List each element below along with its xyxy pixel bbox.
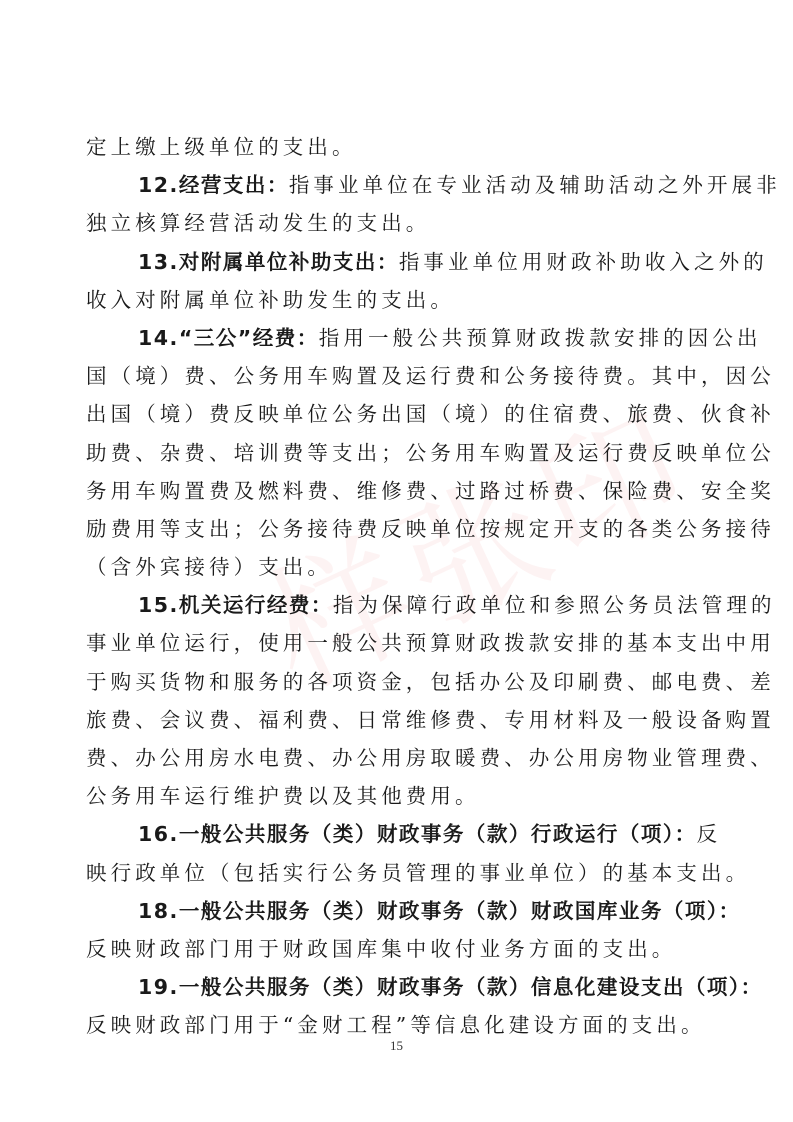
line-text: 反 xyxy=(697,822,722,846)
text-line: 励费用等支出；公务接待费反映单位按规定开支的各类公务接待 xyxy=(86,510,706,548)
text-line: 公务用车运行维护费以及其他费用。 xyxy=(86,777,706,815)
term-label: 12.经营支出： xyxy=(138,173,289,197)
line-text: （含外宾接待）支出。 xyxy=(86,555,332,579)
line-text: 国（境）费、公务用车购置及运行费和公务接待费。其中，因公 xyxy=(86,364,775,388)
line-text: 映行政单位（包括实行公务员管理的事业单位）的基本支出。 xyxy=(86,861,750,885)
text-line: 费、办公用房水电费、办公用房取暖费、办公用房物业管理费、 xyxy=(86,739,706,777)
definition-12: 12.经营支出：指事业单位在专业活动及辅助活动之外开展非 xyxy=(86,166,706,204)
term-label: 15.机关运行经费： xyxy=(138,593,333,617)
text-line: 国（境）费、公务用车购置及运行费和公务接待费。其中，因公 xyxy=(86,357,706,395)
term-label: 18.一般公共服务（类）财政事务（款）财政国库业务（项）： xyxy=(138,899,741,923)
term-label: 14.“三公”经费： xyxy=(138,326,319,350)
line-text: 指事业单位在专业活动及辅助活动之外开展非 xyxy=(289,173,781,197)
document-body: 定上缴上级单位的支出。 12.经营支出：指事业单位在专业活动及辅助活动之外开展非… xyxy=(86,128,706,1045)
line-text: 事业单位运行，使用一般公共预算财政拨款安排的基本支出中用 xyxy=(86,631,775,655)
line-text: 公务用车运行维护费以及其他费用。 xyxy=(86,784,480,808)
line-text: 独立核算经营活动发生的支出。 xyxy=(86,211,430,235)
document-page: 样张印 定上缴上级单位的支出。 12.经营支出：指事业单位在专业活动及辅助活动之… xyxy=(0,0,793,1122)
term-label: 16.一般公共服务（类）财政事务（款）行政运行（项）： xyxy=(138,822,697,846)
line-text: 务用车购置费及燃料费、维修费、过路过桥费、保险费、安全奖 xyxy=(86,479,775,503)
line-text: 励费用等支出；公务接待费反映单位按规定开支的各类公务接待 xyxy=(86,517,775,541)
line-text: 于购买货物和服务的各项资金，包括办公及印刷费、邮电费、差 xyxy=(86,670,775,694)
line-text: 出国（境）费反映单位公务出国（境）的住宿费、旅费、伙食补 xyxy=(86,402,775,426)
definition-18: 18.一般公共服务（类）财政事务（款）财政国库业务（项）： xyxy=(86,892,706,930)
text-line: 务用车购置费及燃料费、维修费、过路过桥费、保险费、安全奖 xyxy=(86,472,706,510)
line-text: 反映财政部门用于“金财工程”等信息化建设方面的支出。 xyxy=(86,1013,706,1037)
line-text: 定上缴上级单位的支出。 xyxy=(86,135,357,159)
text-line: 助费、杂费、培训费等支出；公务用车购置及运行费反映单位公 xyxy=(86,434,706,472)
line-text: 费、办公用房水电费、办公用房取暖费、办公用房物业管理费、 xyxy=(86,746,775,770)
line-text: 指事业单位用财政补助收入之外的 xyxy=(399,250,768,274)
term-label: 13.对附属单位补助支出： xyxy=(138,250,399,274)
line-text: 助费、杂费、培训费等支出；公务用车购置及运行费反映单位公 xyxy=(86,441,775,465)
text-line: 收入对附属单位补助发生的支出。 xyxy=(86,281,706,319)
text-line: 映行政单位（包括实行公务员管理的事业单位）的基本支出。 xyxy=(86,854,706,892)
line-text: 旅费、会议费、福利费、日常维修费、专用材料及一般设备购置 xyxy=(86,708,775,732)
line-text: 指用一般公共预算财政拨款安排的因公出 xyxy=(319,326,762,350)
definition-15: 15.机关运行经费：指为保障行政单位和参照公务员法管理的 xyxy=(86,586,706,624)
definition-16: 16.一般公共服务（类）财政事务（款）行政运行（项）：反 xyxy=(86,815,706,853)
text-line: 旅费、会议费、福利费、日常维修费、专用材料及一般设备购置 xyxy=(86,701,706,739)
text-line: 独立核算经营活动发生的支出。 xyxy=(86,204,706,242)
text-line: 反映财政部门用于财政国库集中收付业务方面的支出。 xyxy=(86,930,706,968)
term-label: 19.一般公共服务（类）财政事务（款）信息化建设支出（项）： xyxy=(138,975,763,999)
line-text: 指为保障行政单位和参照公务员法管理的 xyxy=(333,593,776,617)
text-line: 事业单位运行，使用一般公共预算财政拨款安排的基本支出中用 xyxy=(86,624,706,662)
line-text: 收入对附属单位补助发生的支出。 xyxy=(86,288,455,312)
page-number: 15 xyxy=(0,1038,793,1054)
definition-19: 19.一般公共服务（类）财政事务（款）信息化建设支出（项）： xyxy=(86,968,706,1006)
text-line: 出国（境）费反映单位公务出国（境）的住宿费、旅费、伙食补 xyxy=(86,395,706,433)
text-line: 定上缴上级单位的支出。 xyxy=(86,128,706,166)
text-line: 于购买货物和服务的各项资金，包括办公及印刷费、邮电费、差 xyxy=(86,663,706,701)
line-text: 反映财政部门用于财政国库集中收付业务方面的支出。 xyxy=(86,937,676,961)
text-line: （含外宾接待）支出。 xyxy=(86,548,706,586)
definition-14: 14.“三公”经费：指用一般公共预算财政拨款安排的因公出 xyxy=(86,319,706,357)
definition-13: 13.对附属单位补助支出：指事业单位用财政补助收入之外的 xyxy=(86,243,706,281)
